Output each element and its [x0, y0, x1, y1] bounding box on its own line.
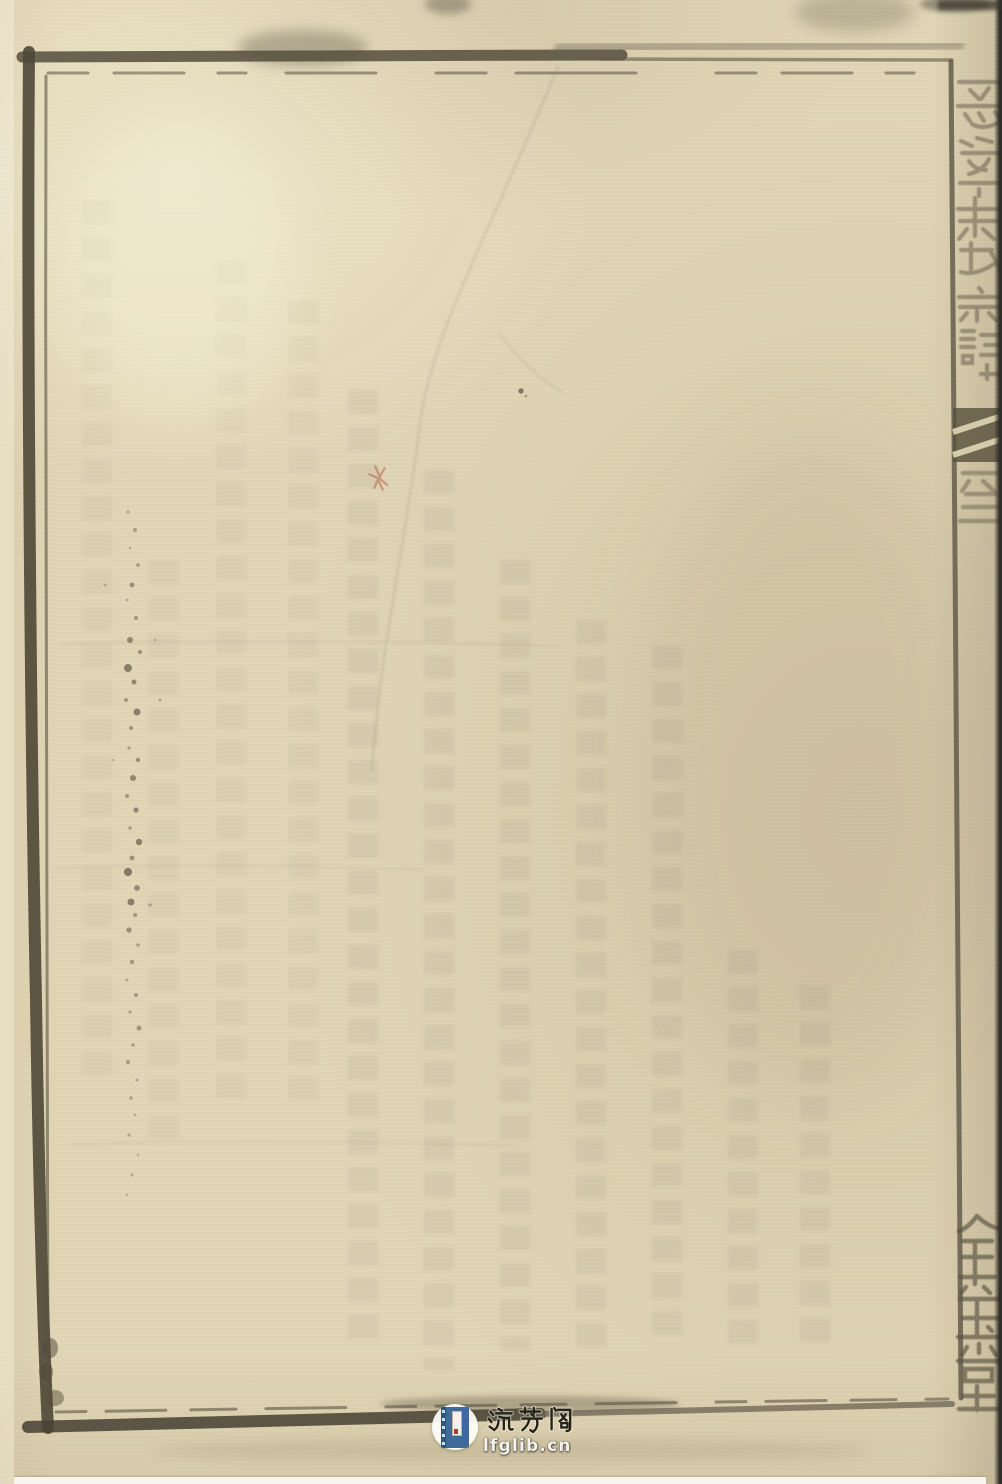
thread-bound-book-icon — [441, 1407, 469, 1448]
page-frame — [22, 44, 961, 1428]
red-brush-mark — [368, 465, 387, 491]
scan-edge-bottom — [14, 1477, 986, 1484]
site-watermark: lfglib.cn — [430, 1398, 590, 1460]
paper-creases — [56, 66, 562, 1146]
scan-edge-right — [994, 0, 1002, 1484]
watermark-site-url: lfglib.cn — [483, 1436, 572, 1456]
watermark-site-name — [487, 1405, 579, 1434]
ink-spots — [518, 388, 527, 397]
book-stitching — [442, 1410, 445, 1445]
scan-edge-left — [0, 0, 14, 1484]
ink-layer — [0, 0, 1002, 1484]
red-seal-dot — [454, 1429, 458, 1434]
scanned-genealogy-page: lfglib.cn — [0, 0, 1002, 1484]
foxing-speckles — [104, 511, 162, 1197]
book-logo-circle — [432, 1404, 478, 1450]
scan-edge-top-right — [938, 0, 1002, 10]
